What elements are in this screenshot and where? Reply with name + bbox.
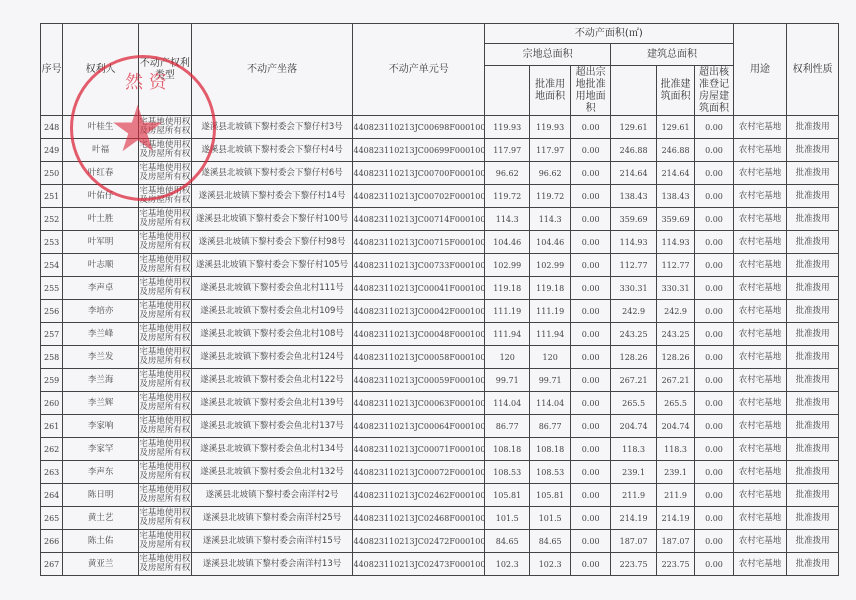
cell-use: 农村宅基地 <box>733 323 787 346</box>
cell-bld_ap: 128.26 <box>656 346 694 369</box>
cell-land_ap: 99.71 <box>530 369 570 392</box>
cell-land: 86.77 <box>484 415 530 438</box>
cell-bld: 239.1 <box>611 461 657 484</box>
cell-loc: 遂溪县北坡镇下黎村委会鱼北村137号 <box>191 415 353 438</box>
table-row: 265黄土艺宅基地使用权及房屋所有权遂溪县北坡镇下黎村委会南洋村25号44082… <box>41 507 839 530</box>
cell-type: 宅基地使用权及房屋所有权 <box>139 254 192 277</box>
cell-nature: 批准拨用 <box>787 323 839 346</box>
table-row: 255李声卓宅基地使用权及房屋所有权遂溪县北坡镇下黎村委会鱼北村111号4408… <box>41 277 839 300</box>
cell-land_ex: 0.00 <box>570 461 610 484</box>
cell-nature: 批准拨用 <box>787 208 839 231</box>
cell-land_ex: 0.00 <box>570 277 610 300</box>
cell-loc: 遂溪县北坡镇下黎村委会南洋村13号 <box>191 553 353 576</box>
cell-nature: 批准拨用 <box>787 553 839 576</box>
cell-type: 宅基地使用权及房屋所有权 <box>139 438 192 461</box>
cell-unit: 440823110213JC00059F00010001 <box>353 369 484 392</box>
cell-use: 农村宅基地 <box>733 553 787 576</box>
table-row: 251叶佑仔宅基地使用权及房屋所有权遂溪县北坡镇下黎村委会下黎仔村14号4408… <box>41 185 839 208</box>
cell-use: 农村宅基地 <box>733 507 787 530</box>
cell-bld_ex: 0.00 <box>695 300 733 323</box>
cell-land_ap: 119.93 <box>530 116 570 139</box>
header-building-total: 建筑总面积 <box>611 44 733 66</box>
cell-loc: 遂溪县北坡镇下黎村委会下黎仔村105号 <box>191 254 353 277</box>
cell-loc: 遂溪县北坡镇下黎村委会鱼北村108号 <box>191 323 353 346</box>
cell-land_ap: 119.18 <box>530 277 570 300</box>
cell-type: 宅基地使用权及房屋所有权 <box>139 461 192 484</box>
cell-seq: 263 <box>41 461 63 484</box>
cell-unit: 440823110213JC00041F00010001 <box>353 277 484 300</box>
header-location: 不动产坐落 <box>191 24 353 116</box>
cell-bld_ex: 0.00 <box>695 323 733 346</box>
cell-bld_ex: 0.00 <box>695 116 733 139</box>
cell-land_ex: 0.00 <box>570 300 610 323</box>
cell-type: 宅基地使用权及房屋所有权 <box>139 346 192 369</box>
cell-holder: 李声卓 <box>63 277 139 300</box>
cell-seq: 260 <box>41 392 63 415</box>
cell-bld_ap: 214.19 <box>656 507 694 530</box>
cell-bld: 204.74 <box>611 415 657 438</box>
cell-loc: 遂溪县北坡镇下黎村委会鱼北村139号 <box>191 392 353 415</box>
cell-bld: 211.9 <box>611 484 657 507</box>
cell-holder: 陈日明 <box>63 484 139 507</box>
cell-use: 农村宅基地 <box>733 415 787 438</box>
cell-bld_ap: 138.43 <box>656 185 694 208</box>
cell-unit: 440823110213JC00699F00010001 <box>353 139 484 162</box>
cell-seq: 267 <box>41 553 63 576</box>
cell-loc: 遂溪县北坡镇下黎村委会鱼北村109号 <box>191 300 353 323</box>
cell-loc: 遂溪县北坡镇下黎村委会下黎仔村3号 <box>191 116 353 139</box>
cell-bld_ap: 114.93 <box>656 231 694 254</box>
cell-bld_ap: 267.21 <box>656 369 694 392</box>
cell-bld: 138.43 <box>611 185 657 208</box>
cell-holder: 叶军明 <box>63 231 139 254</box>
cell-bld: 214.19 <box>611 507 657 530</box>
table-row: 259李兰海宅基地使用权及房屋所有权遂溪县北坡镇下黎村委会鱼北村122号4408… <box>41 369 839 392</box>
table-row: 264陈日明宅基地使用权及房屋所有权遂溪县北坡镇下黎村委会南洋村2号440823… <box>41 484 839 507</box>
cell-bld: 214.64 <box>611 162 657 185</box>
cell-seq: 250 <box>41 162 63 185</box>
cell-type: 宅基地使用权及房屋所有权 <box>139 369 192 392</box>
cell-nature: 批准拨用 <box>787 438 839 461</box>
cell-holder: 李培亦 <box>63 300 139 323</box>
cell-type: 宅基地使用权及房屋所有权 <box>139 530 192 553</box>
table-row: 257李兰峰宅基地使用权及房屋所有权遂溪县北坡镇下黎村委会鱼北村108号4408… <box>41 323 839 346</box>
cell-unit: 440823110213JC02462F00010001 <box>353 484 484 507</box>
cell-land_ap: 105.81 <box>530 484 570 507</box>
cell-bld_ap: 214.64 <box>656 162 694 185</box>
cell-nature: 批准拨用 <box>787 231 839 254</box>
cell-bld_ap: 223.75 <box>656 553 694 576</box>
cell-land_ap: 102.99 <box>530 254 570 277</box>
cell-seq: 256 <box>41 300 63 323</box>
cell-type: 宅基地使用权及房屋所有权 <box>139 553 192 576</box>
cell-unit: 440823110213JC00071F00010001 <box>353 438 484 461</box>
cell-bld_ex: 0.00 <box>695 461 733 484</box>
cell-bld_ex: 0.00 <box>695 553 733 576</box>
cell-bld_ex: 0.00 <box>695 530 733 553</box>
cell-bld_ap: 242.9 <box>656 300 694 323</box>
cell-land_ex: 0.00 <box>570 208 610 231</box>
cell-unit: 440823110213JC00698F00010001 <box>353 116 484 139</box>
cell-nature: 批准拨用 <box>787 415 839 438</box>
cell-use: 农村宅基地 <box>733 484 787 507</box>
cell-nature: 批准拨用 <box>787 369 839 392</box>
cell-unit: 440823110213JC00700F00010001 <box>353 162 484 185</box>
cell-holder: 叶土胜 <box>63 208 139 231</box>
cell-bld_ap: 204.74 <box>656 415 694 438</box>
cell-holder: 李家响 <box>63 415 139 438</box>
cell-bld_ap: 243.25 <box>656 323 694 346</box>
cell-bld: 223.75 <box>611 553 657 576</box>
cell-seq: 259 <box>41 369 63 392</box>
cell-type: 宅基地使用权及房屋所有权 <box>139 323 192 346</box>
cell-loc: 遂溪县北坡镇下黎村委会下黎仔村98号 <box>191 231 353 254</box>
cell-unit: 440823110213JC00733F00010001 <box>353 254 484 277</box>
cell-bld: 128.26 <box>611 346 657 369</box>
cell-nature: 批准拨用 <box>787 162 839 185</box>
cell-land_ex: 0.00 <box>570 346 610 369</box>
cell-land_ex: 0.00 <box>570 507 610 530</box>
cell-seq: 265 <box>41 507 63 530</box>
cell-land: 119.72 <box>484 185 530 208</box>
table-row: 266陈土佑宅基地使用权及房屋所有权遂溪县北坡镇下黎村委会南洋村15号44082… <box>41 530 839 553</box>
cell-land_ap: 119.72 <box>530 185 570 208</box>
cell-unit: 440823110213JC00714F00010001 <box>353 208 484 231</box>
cell-bld: 243.25 <box>611 323 657 346</box>
cell-unit: 440823110213JC00064F00010001 <box>353 415 484 438</box>
cell-holder: 李兰峰 <box>63 323 139 346</box>
cell-land: 108.53 <box>484 461 530 484</box>
cell-seq: 264 <box>41 484 63 507</box>
cell-holder: 李声东 <box>63 461 139 484</box>
cell-loc: 遂溪县北坡镇下黎村委会下黎仔村100号 <box>191 208 353 231</box>
cell-nature: 批准拨用 <box>787 484 839 507</box>
cell-use: 农村宅基地 <box>733 208 787 231</box>
cell-land_ex: 0.00 <box>570 323 610 346</box>
cell-type: 宅基地使用权及房屋所有权 <box>139 162 192 185</box>
header-building-excess: 超出核准登记房屋建筑面积 <box>695 66 733 116</box>
cell-land: 101.5 <box>484 507 530 530</box>
cell-land: 84.65 <box>484 530 530 553</box>
cell-bld: 112.77 <box>611 254 657 277</box>
cell-loc: 遂溪县北坡镇下黎村委会鱼北村122号 <box>191 369 353 392</box>
cell-nature: 批准拨用 <box>787 346 839 369</box>
header-nature: 权利性质 <box>787 24 839 116</box>
cell-use: 农村宅基地 <box>733 369 787 392</box>
cell-land_ap: 86.77 <box>530 415 570 438</box>
cell-loc: 遂溪县北坡镇下黎村委会鱼北村124号 <box>191 346 353 369</box>
cell-land: 120 <box>484 346 530 369</box>
cell-land_ap: 104.46 <box>530 231 570 254</box>
cell-bld: 246.88 <box>611 139 657 162</box>
cell-bld_ap: 246.88 <box>656 139 694 162</box>
cell-holder: 黄土艺 <box>63 507 139 530</box>
cell-bld_ap: 330.31 <box>656 277 694 300</box>
cell-seq: 266 <box>41 530 63 553</box>
cell-seq: 253 <box>41 231 63 254</box>
cell-bld_ap: 187.07 <box>656 530 694 553</box>
cell-bld_ex: 0.00 <box>695 369 733 392</box>
table-row: 258李兰发宅基地使用权及房屋所有权遂溪县北坡镇下黎村委会鱼北村124号4408… <box>41 346 839 369</box>
cell-type: 宅基地使用权及房屋所有权 <box>139 415 192 438</box>
cell-holder: 叶福 <box>63 139 139 162</box>
cell-bld: 242.9 <box>611 300 657 323</box>
cell-seq: 249 <box>41 139 63 162</box>
cell-nature: 批准拨用 <box>787 139 839 162</box>
cell-use: 农村宅基地 <box>733 116 787 139</box>
cell-land: 105.81 <box>484 484 530 507</box>
table-row: 248叶桂生宅基地使用权及房屋所有权遂溪县北坡镇下黎村委会下黎仔村3号44082… <box>41 116 839 139</box>
cell-land_ap: 96.62 <box>530 162 570 185</box>
cell-bld_ex: 0.00 <box>695 231 733 254</box>
cell-land_ex: 0.00 <box>570 231 610 254</box>
cell-unit: 440823110213JC00715F00010001 <box>353 231 484 254</box>
cell-unit: 440823110213JC00048F00010001 <box>353 323 484 346</box>
cell-nature: 批准拨用 <box>787 300 839 323</box>
cell-type: 宅基地使用权及房屋所有权 <box>139 231 192 254</box>
cell-loc: 遂溪县北坡镇下黎村委会鱼北村111号 <box>191 277 353 300</box>
cell-unit: 440823110213JC00058F00010001 <box>353 346 484 369</box>
cell-land_ex: 0.00 <box>570 392 610 415</box>
header-usage: 用途 <box>733 24 787 116</box>
cell-type: 宅基地使用权及房屋所有权 <box>139 208 192 231</box>
cell-land_ex: 0.00 <box>570 553 610 576</box>
cell-land: 119.18 <box>484 277 530 300</box>
cell-seq: 261 <box>41 415 63 438</box>
header-building-total-sub <box>611 66 657 116</box>
cell-land: 111.19 <box>484 300 530 323</box>
cell-bld: 330.31 <box>611 277 657 300</box>
cell-land_ex: 0.00 <box>570 116 610 139</box>
cell-loc: 遂溪县北坡镇下黎村委会南洋村15号 <box>191 530 353 553</box>
cell-nature: 批准拨用 <box>787 392 839 415</box>
cell-bld_ap: 265.5 <box>656 392 694 415</box>
table-row: 263李声东宅基地使用权及房屋所有权遂溪县北坡镇下黎村委会鱼北村132号4408… <box>41 461 839 484</box>
header-unit-no: 不动产单元号 <box>353 24 484 116</box>
cell-type: 宅基地使用权及房屋所有权 <box>139 507 192 530</box>
table-row: 261李家响宅基地使用权及房屋所有权遂溪县北坡镇下黎村委会鱼北村137号4408… <box>41 415 839 438</box>
cell-type: 宅基地使用权及房屋所有权 <box>139 139 192 162</box>
cell-land_ex: 0.00 <box>570 415 610 438</box>
header-right-type: 不动产权利类型 <box>139 24 192 116</box>
cell-land: 111.94 <box>484 323 530 346</box>
cell-seq: 262 <box>41 438 63 461</box>
header-land-total: 宗地总面积 <box>484 44 610 66</box>
cell-holder: 叶红春 <box>63 162 139 185</box>
cell-land_ex: 0.00 <box>570 185 610 208</box>
cell-bld: 265.5 <box>611 392 657 415</box>
table-row: 253叶军明宅基地使用权及房屋所有权遂溪县北坡镇下黎村委会下黎仔村98号4408… <box>41 231 839 254</box>
table-row: 267黄亚兰宅基地使用权及房屋所有权遂溪县北坡镇下黎村委会南洋村13号44082… <box>41 553 839 576</box>
cell-unit: 440823110213JC02468F00010001 <box>353 507 484 530</box>
cell-holder: 李兰海 <box>63 369 139 392</box>
cell-land_ap: 108.53 <box>530 461 570 484</box>
table-row: 256李培亦宅基地使用权及房屋所有权遂溪县北坡镇下黎村委会鱼北村109号4408… <box>41 300 839 323</box>
cell-type: 宅基地使用权及房屋所有权 <box>139 116 192 139</box>
cell-bld_ex: 0.00 <box>695 392 733 415</box>
header-land-total-sub <box>484 66 530 116</box>
cell-loc: 遂溪县北坡镇下黎村委会鱼北村132号 <box>191 461 353 484</box>
cell-unit: 440823110213JC02473F00010001 <box>353 553 484 576</box>
header-area: 不动产面积(㎡) <box>484 24 733 44</box>
cell-land_ap: 84.65 <box>530 530 570 553</box>
cell-bld_ex: 0.00 <box>695 346 733 369</box>
header-land-approved: 批准用地面积 <box>530 66 570 116</box>
cell-land_ex: 0.00 <box>570 484 610 507</box>
header-holder: 权利人 <box>63 24 139 116</box>
cell-bld_ap: 112.77 <box>656 254 694 277</box>
cell-bld_ex: 0.00 <box>695 277 733 300</box>
cell-seq: 248 <box>41 116 63 139</box>
cell-land: 96.62 <box>484 162 530 185</box>
cell-land_ex: 0.00 <box>570 369 610 392</box>
cell-type: 宅基地使用权及房屋所有权 <box>139 185 192 208</box>
cell-holder: 黄亚兰 <box>63 553 139 576</box>
cell-unit: 440823110213JC00072F00010001 <box>353 461 484 484</box>
cell-use: 农村宅基地 <box>733 530 787 553</box>
cell-bld_ap: 359.69 <box>656 208 694 231</box>
table-row: 262李家罕宅基地使用权及房屋所有权遂溪县北坡镇下黎村委会鱼北村134号4408… <box>41 438 839 461</box>
cell-unit: 440823110213JC00042F00010001 <box>353 300 484 323</box>
cell-land_ex: 0.00 <box>570 254 610 277</box>
cell-land_ex: 0.00 <box>570 162 610 185</box>
cell-loc: 遂溪县北坡镇下黎村委会鱼北村134号 <box>191 438 353 461</box>
cell-land_ap: 117.97 <box>530 139 570 162</box>
cell-seq: 251 <box>41 185 63 208</box>
cell-bld_ex: 0.00 <box>695 415 733 438</box>
cell-land_ap: 101.5 <box>530 507 570 530</box>
cell-bld_ex: 0.00 <box>695 438 733 461</box>
cell-seq: 257 <box>41 323 63 346</box>
cell-loc: 遂溪县北坡镇下黎村委会下黎仔村4号 <box>191 139 353 162</box>
table-row: 252叶土胜宅基地使用权及房屋所有权遂溪县北坡镇下黎村委会下黎仔村100号440… <box>41 208 839 231</box>
cell-type: 宅基地使用权及房屋所有权 <box>139 300 192 323</box>
cell-seq: 255 <box>41 277 63 300</box>
cell-bld_ex: 0.00 <box>695 185 733 208</box>
cell-seq: 258 <box>41 346 63 369</box>
cell-use: 农村宅基地 <box>733 438 787 461</box>
document-page: 序号 权利人 不动产权利类型 不动产坐落 不动产单元号 不动产面积(㎡) 用途 … <box>0 0 856 600</box>
table-row: 250叶红春宅基地使用权及房屋所有权遂溪县北坡镇下黎村委会下黎仔村6号44082… <box>41 162 839 185</box>
header-land-excess: 超出宗地批准用地面积 <box>570 66 610 116</box>
cell-land: 108.18 <box>484 438 530 461</box>
header-building-approved: 批准建筑面积 <box>656 66 694 116</box>
cell-bld_ex: 0.00 <box>695 139 733 162</box>
cell-land_ex: 0.00 <box>570 530 610 553</box>
cell-land_ap: 120 <box>530 346 570 369</box>
cell-land: 114.04 <box>484 392 530 415</box>
cell-land: 102.3 <box>484 553 530 576</box>
cell-use: 农村宅基地 <box>733 300 787 323</box>
cell-use: 农村宅基地 <box>733 139 787 162</box>
cell-holder: 叶桂生 <box>63 116 139 139</box>
cell-bld_ap: 211.9 <box>656 484 694 507</box>
cell-holder: 李兰发 <box>63 346 139 369</box>
cell-bld: 187.07 <box>611 530 657 553</box>
cell-bld_ap: 129.61 <box>656 116 694 139</box>
cell-land: 104.46 <box>484 231 530 254</box>
cell-bld_ex: 0.00 <box>695 208 733 231</box>
cell-holder: 李家罕 <box>63 438 139 461</box>
cell-nature: 批准拨用 <box>787 507 839 530</box>
cell-bld_ex: 0.00 <box>695 507 733 530</box>
cell-nature: 批准拨用 <box>787 254 839 277</box>
cell-use: 农村宅基地 <box>733 162 787 185</box>
cell-land: 114.3 <box>484 208 530 231</box>
cell-holder: 陈土佑 <box>63 530 139 553</box>
cell-land_ap: 114.3 <box>530 208 570 231</box>
cell-bld_ap: 118.3 <box>656 438 694 461</box>
cell-bld: 118.3 <box>611 438 657 461</box>
cell-use: 农村宅基地 <box>733 461 787 484</box>
cell-bld: 359.69 <box>611 208 657 231</box>
cell-bld_ex: 0.00 <box>695 484 733 507</box>
cell-land_ap: 108.18 <box>530 438 570 461</box>
cell-unit: 440823110213JC00063F00010001 <box>353 392 484 415</box>
cell-nature: 批准拨用 <box>787 461 839 484</box>
cell-bld: 129.61 <box>611 116 657 139</box>
table-row: 249叶福宅基地使用权及房屋所有权遂溪县北坡镇下黎村委会下黎仔村4号440823… <box>41 139 839 162</box>
cell-unit: 440823110213JC00702F00010001 <box>353 185 484 208</box>
cell-loc: 遂溪县北坡镇下黎村委会下黎仔村6号 <box>191 162 353 185</box>
cell-land_ap: 111.19 <box>530 300 570 323</box>
cell-bld_ap: 239.1 <box>656 461 694 484</box>
cell-land_ap: 111.94 <box>530 323 570 346</box>
cell-type: 宅基地使用权及房屋所有权 <box>139 277 192 300</box>
cell-use: 农村宅基地 <box>733 254 787 277</box>
cell-bld_ex: 0.00 <box>695 162 733 185</box>
cell-nature: 批准拨用 <box>787 277 839 300</box>
cell-holder: 叶志顺 <box>63 254 139 277</box>
cell-land: 102.99 <box>484 254 530 277</box>
table-row: 260李兰辉宅基地使用权及房屋所有权遂溪县北坡镇下黎村委会鱼北村139号4408… <box>41 392 839 415</box>
cell-bld: 114.93 <box>611 231 657 254</box>
cell-seq: 254 <box>41 254 63 277</box>
cell-bld_ex: 0.00 <box>695 254 733 277</box>
cell-land: 99.71 <box>484 369 530 392</box>
cell-land_ap: 114.04 <box>530 392 570 415</box>
cell-loc: 遂溪县北坡镇下黎村委会下黎仔村14号 <box>191 185 353 208</box>
cell-land_ex: 0.00 <box>570 438 610 461</box>
cell-bld: 267.21 <box>611 369 657 392</box>
cell-use: 农村宅基地 <box>733 231 787 254</box>
cell-nature: 批准拨用 <box>787 185 839 208</box>
header-seq: 序号 <box>41 24 63 116</box>
cell-land_ex: 0.00 <box>570 139 610 162</box>
cell-type: 宅基地使用权及房屋所有权 <box>139 484 192 507</box>
cell-use: 农村宅基地 <box>733 392 787 415</box>
cell-loc: 遂溪县北坡镇下黎村委会南洋村2号 <box>191 484 353 507</box>
cell-use: 农村宅基地 <box>733 185 787 208</box>
cell-use: 农村宅基地 <box>733 346 787 369</box>
cell-loc: 遂溪县北坡镇下黎村委会南洋村25号 <box>191 507 353 530</box>
cell-nature: 批准拨用 <box>787 530 839 553</box>
cell-type: 宅基地使用权及房屋所有权 <box>139 392 192 415</box>
cell-holder: 叶佑仔 <box>63 185 139 208</box>
cell-holder: 李兰辉 <box>63 392 139 415</box>
property-registry-table: 序号 权利人 不动产权利类型 不动产坐落 不动产单元号 不动产面积(㎡) 用途 … <box>40 23 839 576</box>
cell-land: 117.97 <box>484 139 530 162</box>
cell-nature: 批准拨用 <box>787 116 839 139</box>
cell-use: 农村宅基地 <box>733 277 787 300</box>
cell-land: 119.93 <box>484 116 530 139</box>
cell-unit: 440823110213JC02472F00010001 <box>353 530 484 553</box>
cell-land_ap: 102.3 <box>530 553 570 576</box>
cell-seq: 252 <box>41 208 63 231</box>
table-row: 254叶志顺宅基地使用权及房屋所有权遂溪县北坡镇下黎村委会下黎仔村105号440… <box>41 254 839 277</box>
